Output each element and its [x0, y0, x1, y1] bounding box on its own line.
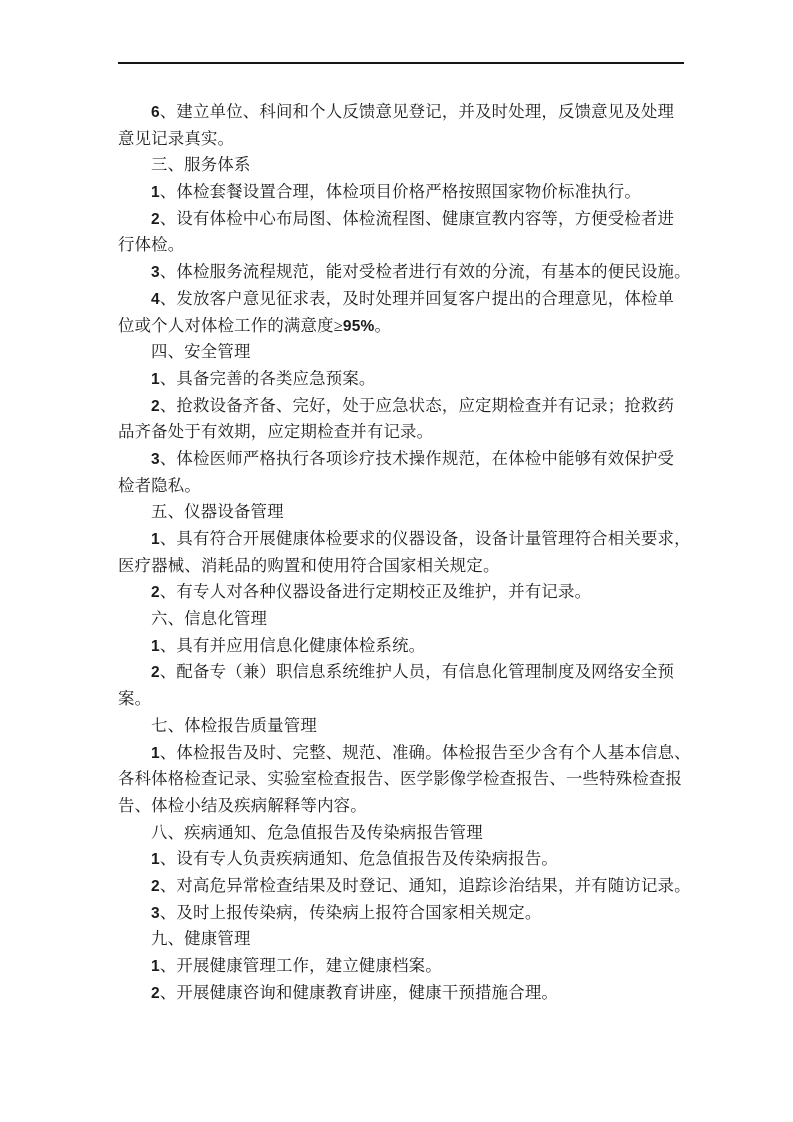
text-line: 6、建立单位、科间和个人反馈意见登记，并及时处理，反馈意见及处理	[118, 99, 690, 126]
text-segment: 位或个人对体检工作的满意度≥	[118, 316, 343, 335]
text-line: 1、具有并应用信息化健康体检系统。	[118, 633, 690, 660]
bold-text-segment: 95%	[343, 318, 375, 335]
text-segment: 、对高危异常检查结果及时登记、通知，追踪诊治结果，并有随访记录。	[160, 876, 691, 895]
text-segment: 、开展健康咨询和健康教育讲座，健康干预措施合理。	[160, 983, 558, 1002]
text-segment: 六、信息化管理	[151, 609, 267, 628]
text-segment: 、建立单位、科间和个人反馈意见登记，并及时处理，反馈意见及处理	[160, 102, 674, 121]
bold-text-segment: 1	[151, 851, 160, 868]
text-segment: 、配备专（兼）职信息系统维护人员，有信息化管理制度及网络安全预	[160, 662, 674, 681]
text-line: 案。	[118, 686, 690, 713]
text-line: 2、开展健康咨询和健康教育讲座，健康干预措施合理。	[118, 980, 690, 1007]
text-line: 位或个人对体检工作的满意度≥95%。	[118, 313, 690, 340]
text-line: 2、设有体检中心布局图、体检流程图、健康宣教内容等，方便受检者进	[118, 206, 690, 233]
text-segment: 。	[375, 316, 392, 335]
bold-text-segment: 6	[151, 104, 160, 121]
text-line: 2、有专人对各种仪器设备进行定期校正及维护，并有记录。	[118, 579, 690, 606]
text-line: 4、发放客户意见征求表，及时处理并回复客户提出的合理意见，体检单	[118, 286, 690, 313]
text-segment: 、发放客户意见征求表，及时处理并回复客户提出的合理意见，体检单	[160, 289, 674, 308]
bold-text-segment: 2	[151, 878, 160, 895]
bold-text-segment: 2	[151, 664, 160, 681]
header-rule	[118, 62, 684, 64]
text-segment: 、设有专人负责疾病通知、危急值报告及传染病报告。	[160, 849, 558, 868]
text-line: 2、配备专（兼）职信息系统维护人员，有信息化管理制度及网络安全预	[118, 659, 690, 686]
text-segment: 九、健康管理	[151, 929, 251, 948]
text-segment: 八、疾病通知、危急值报告及传染病报告管理	[151, 823, 483, 842]
bold-text-segment: 1	[151, 184, 160, 201]
bold-text-segment: 3	[151, 264, 160, 281]
text-segment: 告、体检小结及疾病解释等内容。	[118, 796, 367, 815]
text-line: 1、体检套餐设置合理，体检项目价格严格按照国家物价标准执行。	[118, 179, 690, 206]
text-segment: 、及时上报传染病，传染病上报符合国家相关规定。	[160, 903, 542, 922]
text-line: 1、体检报告及时、完整、规范、准确。体检报告至少含有个人基本信息、	[118, 740, 690, 767]
text-segment: 案。	[118, 689, 151, 708]
text-segment: 五、仪器设备管理	[151, 502, 284, 521]
text-segment: 、有专人对各种仪器设备进行定期校正及维护，并有记录。	[160, 582, 591, 601]
bold-text-segment: 1	[151, 638, 160, 655]
text-line: 1、开展健康管理工作，建立健康档案。	[118, 953, 690, 980]
text-line: 意见记录真实。	[118, 126, 690, 153]
text-line: 八、疾病通知、危急值报告及传染病报告管理	[118, 820, 690, 847]
text-segment: 七、体检报告质量管理	[151, 716, 317, 735]
text-segment: 各科体格检查记录、实验室检查报告、医学影像学检查报告、一些特殊检查报	[118, 769, 682, 788]
bold-text-segment: 3	[151, 451, 160, 468]
text-line: 九、健康管理	[118, 926, 690, 953]
text-line: 医疗器械、消耗品的购置和使用符合国家相关规定。	[118, 553, 690, 580]
text-line: 四、安全管理	[118, 339, 690, 366]
text-line: 1、设有专人负责疾病通知、危急值报告及传染病报告。	[118, 846, 690, 873]
bold-text-segment: 2	[151, 985, 160, 1002]
document-body: 6、建立单位、科间和个人反馈意见登记，并及时处理，反馈意见及处理意见记录真实。三…	[118, 99, 690, 1006]
text-segment: 三、服务体系	[151, 155, 251, 174]
text-segment: 、体检医师严格执行各项诊疗技术操作规范，在体检中能够有效保护受	[160, 449, 674, 468]
text-segment: 、体检服务流程规范，能对受检者进行有效的分流，有基本的便民设施。	[160, 262, 691, 281]
document-page: 6、建立单位、科间和个人反馈意见登记，并及时处理，反馈意见及处理意见记录真实。三…	[0, 0, 793, 1122]
bold-text-segment: 1	[151, 958, 160, 975]
text-line: 三、服务体系	[118, 152, 690, 179]
text-line: 1、具备完善的各类应急预案。	[118, 366, 690, 393]
text-line: 1、具有符合开展健康体检要求的仪器设备，设备计量管理符合相关要求，	[118, 526, 690, 553]
text-segment: 、体检套餐设置合理，体检项目价格严格按照国家物价标准执行。	[160, 182, 641, 201]
bold-text-segment: 2	[151, 584, 160, 601]
bold-text-segment: 2	[151, 398, 160, 415]
text-segment: 、开展健康管理工作，建立健康档案。	[160, 956, 442, 975]
text-segment: 、抢救设备齐备、完好，处于应急状态，应定期检查并有记录；抢救药	[160, 396, 674, 415]
text-line: 行体检。	[118, 232, 690, 259]
text-segment: 四、安全管理	[151, 342, 251, 361]
text-line: 七、体检报告质量管理	[118, 713, 690, 740]
text-line: 各科体格检查记录、实验室检查报告、医学影像学检查报告、一些特殊检查报	[118, 766, 690, 793]
text-segment: 、体检报告及时、完整、规范、准确。体检报告至少含有个人基本信息、	[160, 743, 691, 762]
text-segment: 行体检。	[118, 235, 184, 254]
text-segment: 品齐备处于有效期，应定期检查并有记录。	[118, 422, 433, 441]
text-segment: 、具有符合开展健康体检要求的仪器设备，设备计量管理符合相关要求，	[160, 529, 691, 548]
text-line: 3、及时上报传染病，传染病上报符合国家相关规定。	[118, 900, 690, 927]
text-line: 2、抢救设备齐备、完好，处于应急状态，应定期检查并有记录；抢救药	[118, 393, 690, 420]
text-segment: 医疗器械、消耗品的购置和使用符合国家相关规定。	[118, 556, 500, 575]
bold-text-segment: 1	[151, 745, 160, 762]
text-line: 五、仪器设备管理	[118, 499, 690, 526]
bold-text-segment: 1	[151, 531, 160, 548]
text-segment: 意见记录真实。	[118, 129, 234, 148]
text-line: 六、信息化管理	[118, 606, 690, 633]
bold-text-segment: 4	[151, 291, 160, 308]
bold-text-segment: 1	[151, 371, 160, 388]
text-segment: 、具有并应用信息化健康体检系统。	[160, 636, 425, 655]
text-line: 2、对高危异常检查结果及时登记、通知，追踪诊治结果，并有随访记录。	[118, 873, 690, 900]
text-line: 告、体检小结及疾病解释等内容。	[118, 793, 690, 820]
text-segment: 、设有体检中心布局图、体检流程图、健康宣教内容等，方便受检者进	[160, 209, 674, 228]
text-segment: 、具备完善的各类应急预案。	[160, 369, 376, 388]
text-segment: 检者隐私。	[118, 476, 201, 495]
text-line: 3、体检服务流程规范，能对受检者进行有效的分流，有基本的便民设施。	[118, 259, 690, 286]
text-line: 检者隐私。	[118, 473, 690, 500]
bold-text-segment: 2	[151, 211, 160, 228]
text-line: 品齐备处于有效期，应定期检查并有记录。	[118, 419, 690, 446]
bold-text-segment: 3	[151, 905, 160, 922]
text-line: 3、体检医师严格执行各项诊疗技术操作规范，在体检中能够有效保护受	[118, 446, 690, 473]
